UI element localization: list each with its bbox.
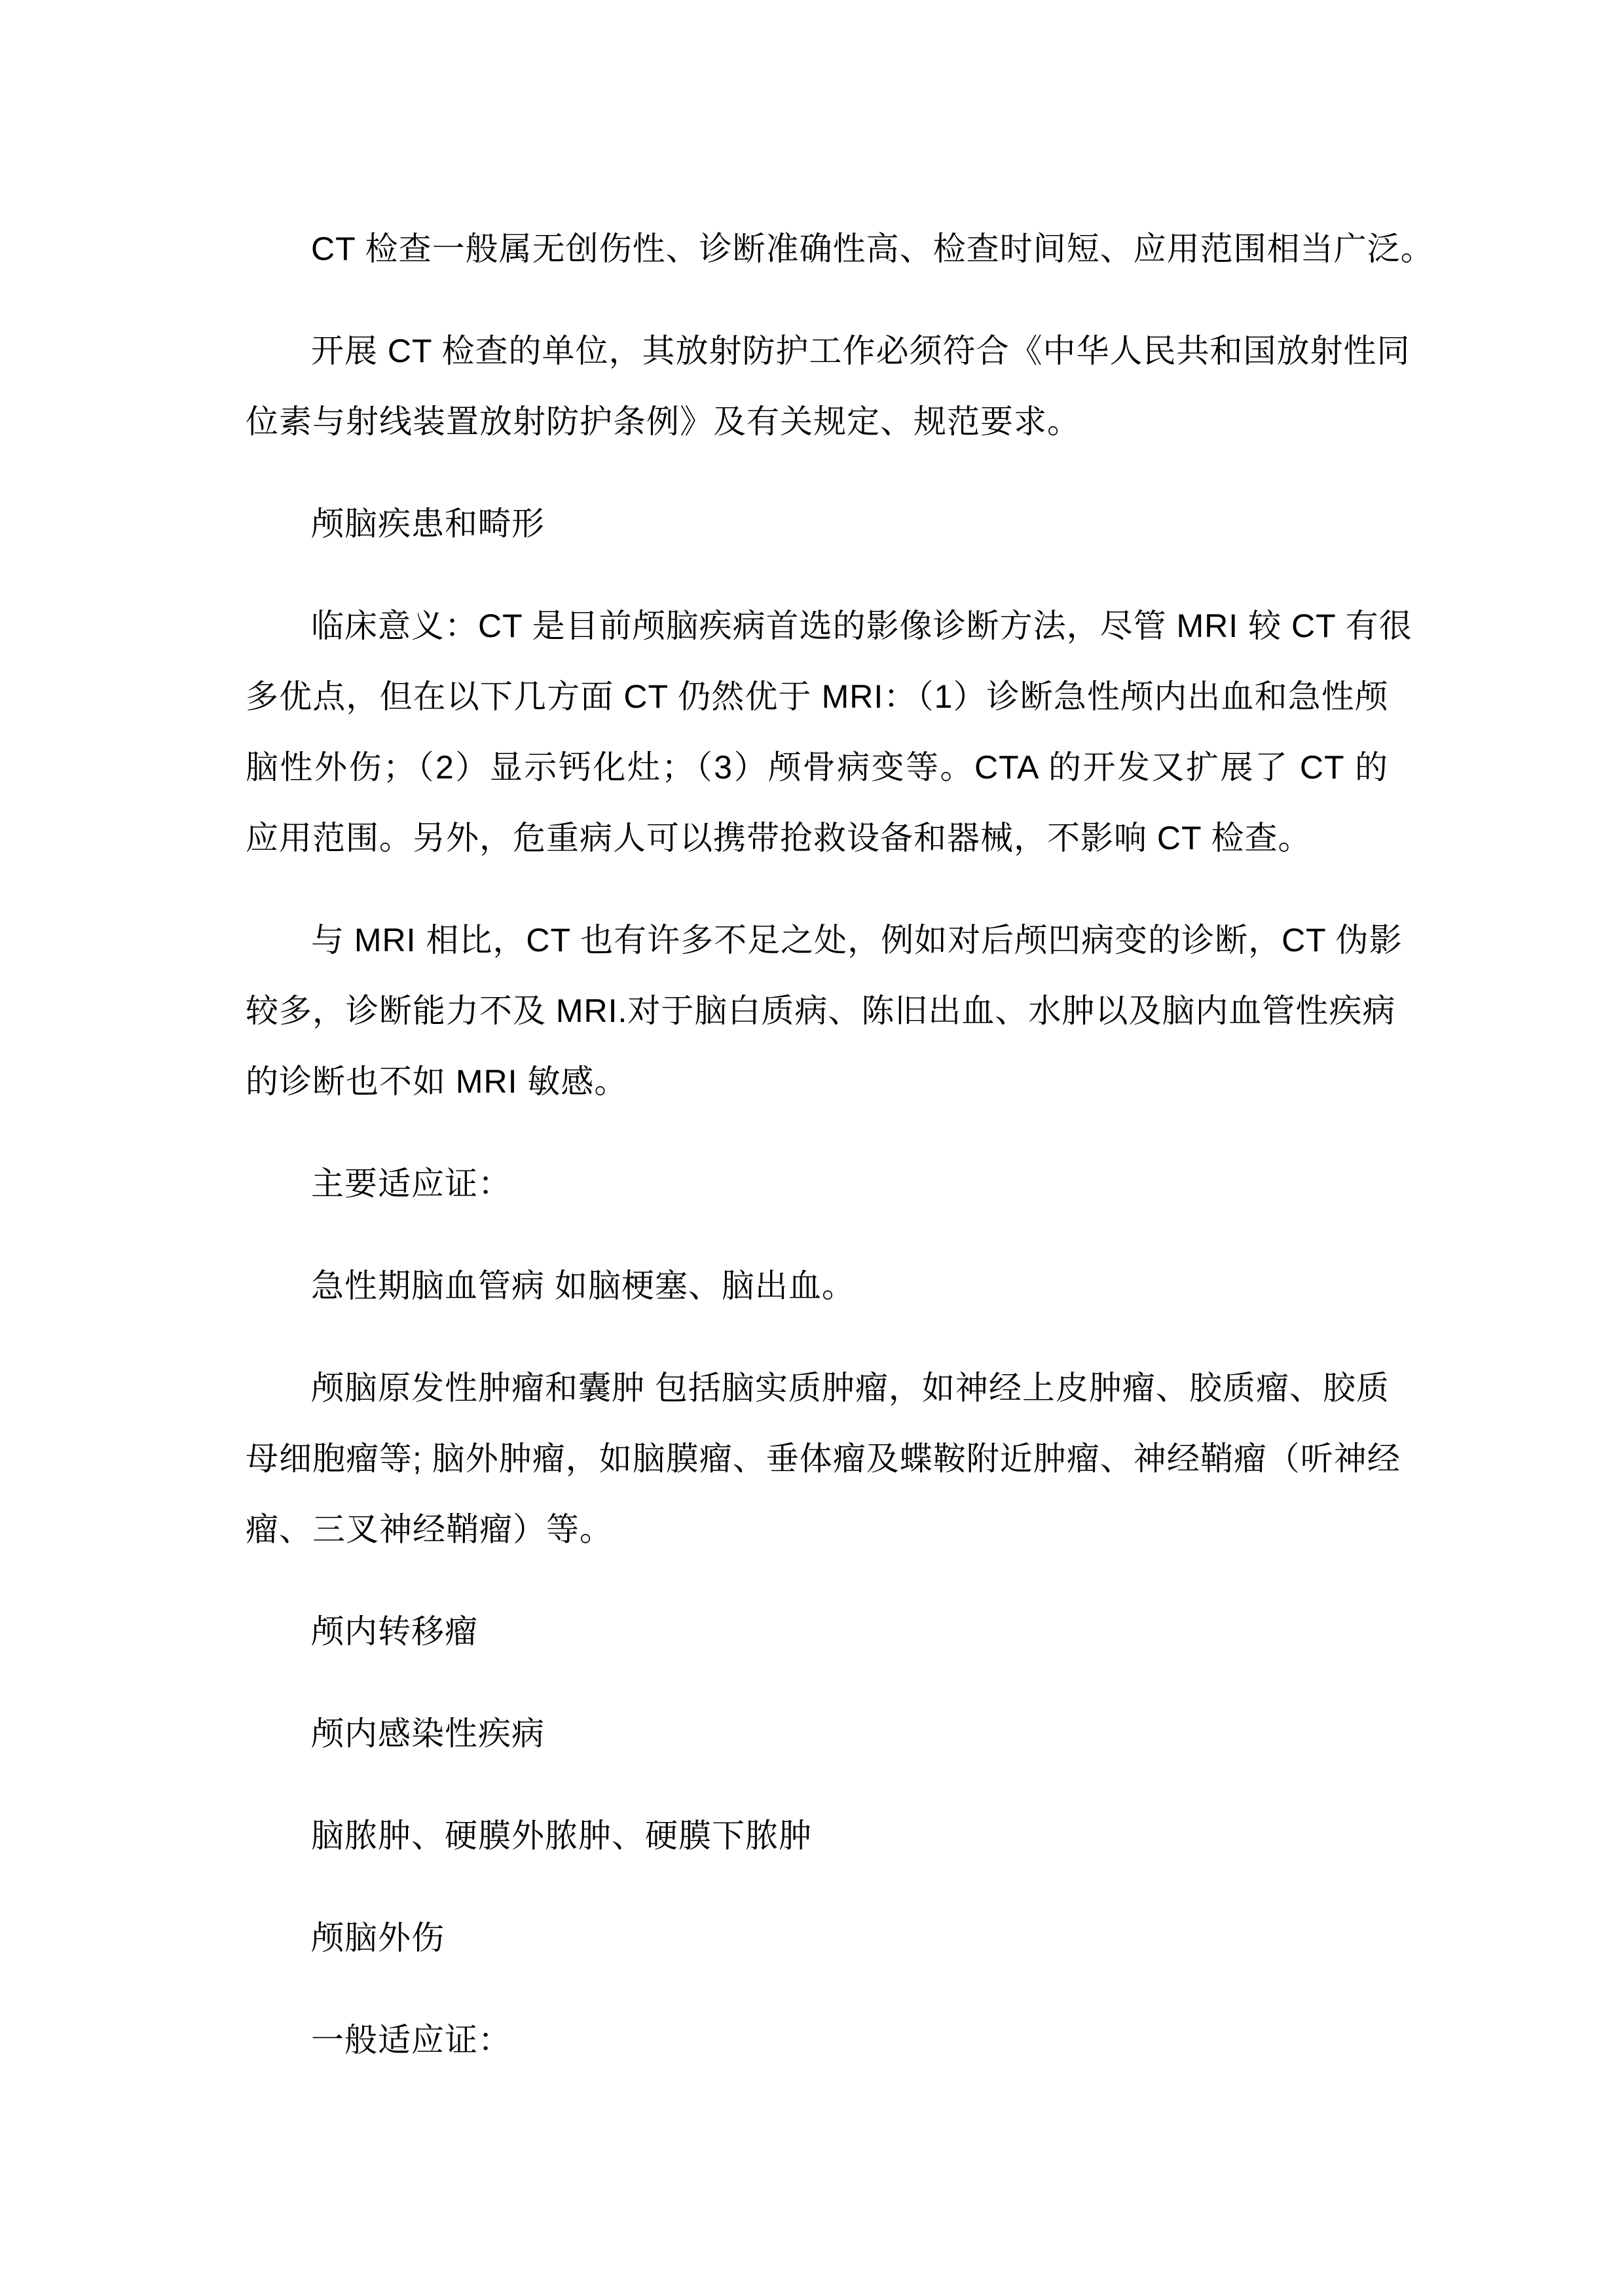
paragraph: 脑脓肿、硬膜外脓肿、硬膜下脓肿 <box>246 1800 1388 1871</box>
paragraph: 颅内感染性疾病 <box>246 1698 1388 1769</box>
text-line: 应用范围。另外，危重病人可以携带抢救设备和器械，不影响 CT 检查。 <box>246 803 1388 873</box>
text-line: 颅脑原发性肿瘤和囊肿 包括脑实质肿瘤，如神经上皮肿瘤、胶质瘤、胶质 <box>246 1353 1388 1423</box>
text-line: 颅内感染性疾病 <box>246 1698 1388 1769</box>
paragraph: 与 MRI 相比，CT 也有许多不足之处，例如对后颅凹病变的诊断，CT 伪影 较… <box>246 905 1388 1117</box>
text-line: CT 检查一般属无创伤性、诊断准确性高、检查时间短、应用范围相当广泛。 <box>246 213 1388 284</box>
text-line: 与 MRI 相比，CT 也有许多不足之处，例如对后颅凹病变的诊断，CT 伪影 <box>246 905 1388 975</box>
paragraph: 临床意义：CT 是目前颅脑疾病首选的影像诊断方法，尽管 MRI 较 CT 有很 … <box>246 591 1388 873</box>
text-line: 母细胞瘤等; 脑外肿瘤，如脑膜瘤、垂体瘤及蝶鞍附近肿瘤、神经鞘瘤（听神经 <box>246 1423 1388 1494</box>
text-line: 位素与射线装置放射防护条例》及有关规定、规范要求。 <box>246 386 1388 457</box>
text-line: 瘤、三叉神经鞘瘤）等。 <box>246 1494 1388 1565</box>
text-line: 多优点，但在以下几方面 CT 仍然优于 MRI：（1）诊断急性颅内出血和急性颅 <box>246 661 1388 732</box>
text-line: 颅内转移瘤 <box>246 1596 1388 1667</box>
text-line: 一般适应证： <box>246 2005 1388 2075</box>
text-line: 脑脓肿、硬膜外脓肿、硬膜下脓肿 <box>246 1800 1388 1871</box>
paragraph: 主要适应证： <box>246 1148 1388 1219</box>
document-page: CT 检查一般属无创伤性、诊断准确性高、检查时间短、应用范围相当广泛。 开展 C… <box>0 0 1624 2296</box>
text-line: 颅脑疾患和畸形 <box>246 488 1388 559</box>
paragraph: CT 检查一般属无创伤性、诊断准确性高、检查时间短、应用范围相当广泛。 <box>246 213 1388 284</box>
paragraph: 一般适应证： <box>246 2005 1388 2075</box>
text-line: 临床意义：CT 是目前颅脑疾病首选的影像诊断方法，尽管 MRI 较 CT 有很 <box>246 591 1388 661</box>
text-line: 开展 CT 检查的单位，其放射防护工作必须符合《中华人民共和国放射性同 <box>246 316 1388 386</box>
paragraph: 颅脑原发性肿瘤和囊肿 包括脑实质肿瘤，如神经上皮肿瘤、胶质瘤、胶质 母细胞瘤等;… <box>246 1353 1388 1565</box>
text-line: 较多，诊断能力不及 MRI.对于脑白质病、陈旧出血、水肿以及脑内血管性疾病 <box>246 975 1388 1046</box>
text-line: 脑性外伤；（2）显示钙化灶；（3）颅骨病变等。CTA 的开发又扩展了 CT 的 <box>246 732 1388 803</box>
text-line: 主要适应证： <box>246 1148 1388 1219</box>
paragraph: 颅脑外伤 <box>246 1903 1388 1973</box>
text-line: 颅脑外伤 <box>246 1903 1388 1973</box>
paragraph: 颅内转移瘤 <box>246 1596 1388 1667</box>
text-line: 的诊断也不如 MRI 敏感。 <box>246 1046 1388 1117</box>
paragraph: 急性期脑血管病 如脑梗塞、脑出血。 <box>246 1250 1388 1321</box>
paragraph: 开展 CT 检查的单位，其放射防护工作必须符合《中华人民共和国放射性同 位素与射… <box>246 316 1388 457</box>
paragraph: 颅脑疾患和畸形 <box>246 488 1388 559</box>
text-line: 急性期脑血管病 如脑梗塞、脑出血。 <box>246 1250 1388 1321</box>
